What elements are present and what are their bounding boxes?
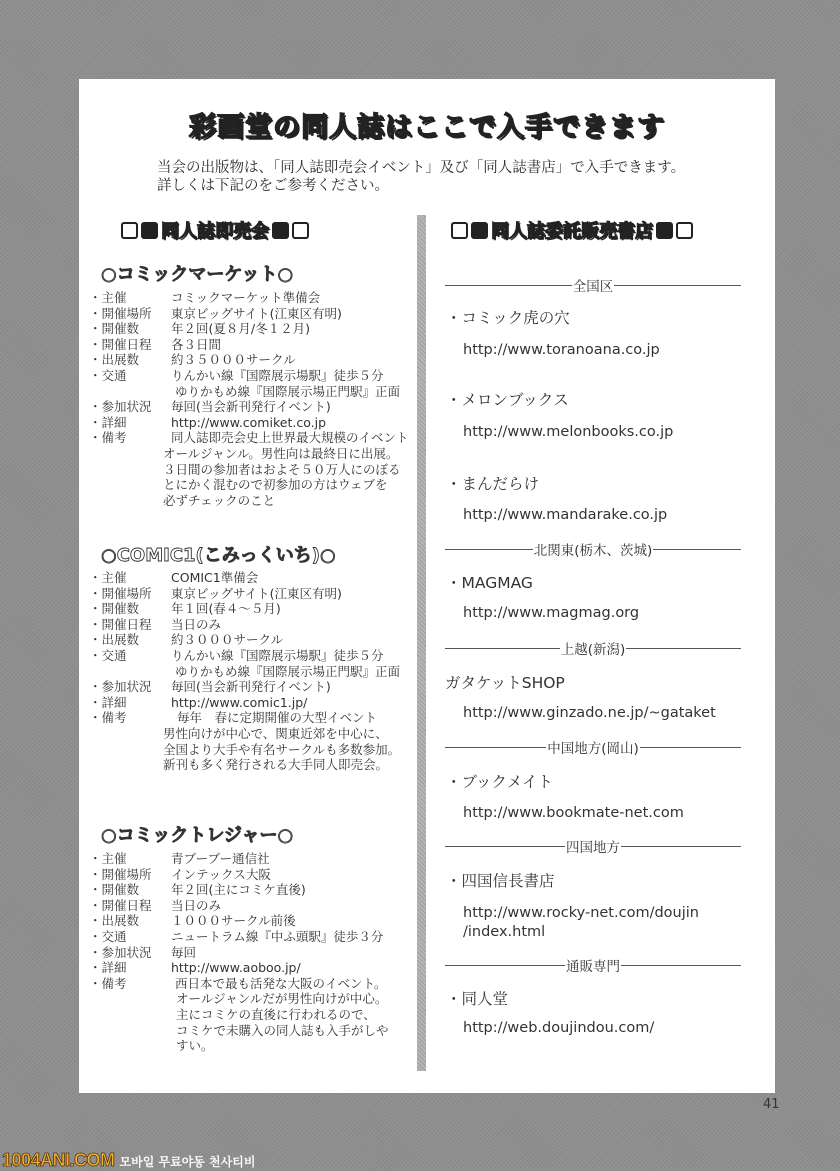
note-line: 新刊も多く発行される大手同人即売会。 — [89, 757, 400, 773]
event-title-comiket: ○コミックマーケット○ — [101, 260, 293, 286]
square-icon — [656, 222, 673, 239]
shop-url-line-1[interactable]: http://www.rocky-net.com/doujin — [463, 904, 699, 923]
detail-value: りんかい線『国際展示場駅』徒歩５分 — [171, 368, 384, 384]
column-divider — [417, 215, 426, 1071]
region-label: 北関東(栃木、茨城) — [533, 539, 654, 559]
detail-row: ・開催数年１回(春４～５月) — [89, 601, 400, 617]
detail-key: ・開催日程 — [89, 337, 171, 353]
detail-row: ・開催日程当日のみ — [89, 898, 389, 914]
watermark: 1004ANI.COM 모바일 무료야동 천사티비 — [2, 1150, 255, 1171]
detail-key: ・開催数 — [89, 321, 171, 337]
square-icon — [272, 222, 289, 239]
detail-row: ・詳細http://www.aoboo.jp/ — [89, 960, 389, 976]
detail-row: ・備考西日本で最も活発な大阪のイベント。 — [89, 976, 389, 992]
region-divider-kita-kanto: 北関東(栃木、茨城) — [445, 539, 741, 559]
shop-name: ・ブックメイト — [446, 770, 553, 792]
detail-key: ・参加状況 — [89, 399, 171, 415]
detail-key: ・開催日程 — [89, 617, 171, 633]
detail-row: ・交通ニュートラム線『中ふ頭駅』徒歩３分 — [89, 929, 389, 945]
note-line: とにかく混むので初参加の方はウェブを — [89, 477, 409, 493]
divider-line — [653, 549, 741, 550]
event-title-comic-treasure: ○コミックトレジャー○ — [101, 821, 293, 847]
detail-key: ・参加状況 — [89, 679, 171, 695]
note-line: 男性向けが中心で、関東近郊を中心に、 — [89, 726, 400, 742]
shop-url[interactable]: http://www.mandarake.co.jp — [463, 506, 667, 525]
detail-key: ・備考 — [89, 430, 171, 446]
detail-value: 各３日間 — [171, 337, 221, 353]
note-line: オールジャンルだが男性向けが中心。 — [89, 991, 389, 1007]
detail-row: ・参加状況毎回(当会新刊発行イベント) — [89, 399, 409, 415]
detail-row: ・参加状況毎回(当会新刊発行イベント) — [89, 679, 400, 695]
divider-line — [621, 965, 741, 966]
detail-row: ・開催場所インテックス大阪 — [89, 867, 389, 883]
detail-key: ・開催場所 — [89, 306, 171, 322]
detail-value: 約３５０００サークル — [171, 352, 296, 368]
detail-continuation: ゆりかもめ線『国際展示場正門駅』正面 — [89, 384, 409, 400]
detail-key: ・主催 — [89, 570, 171, 586]
detail-value: 同人誌即売会史上世界最大規模のイベント — [171, 430, 409, 446]
detail-key: ・詳細 — [89, 960, 171, 976]
detail-key: ・開催日程 — [89, 898, 171, 914]
detail-key: ・参加状況 — [89, 945, 171, 961]
detail-url[interactable]: http://www.comic1.jp/ — [171, 695, 307, 711]
intro-line-1: 当会の出版物は、「同人誌即売会イベント」及び「同人誌書店」で入手できます。 — [157, 159, 685, 177]
detail-value: 東京ビッグサイト(江東区有明) — [171, 586, 342, 602]
detail-key: ・開催場所 — [89, 867, 171, 883]
note-line: コミケで未購入の同人誌も入手がしや — [89, 1023, 389, 1039]
square-icon — [676, 222, 693, 239]
detail-value: 青ブーブー通信社 — [171, 851, 270, 867]
shop-url[interactable]: http://web.doujindou.com/ — [463, 1019, 654, 1038]
detail-value: 毎回 — [171, 945, 196, 961]
shop-name: ・メロンブックス — [446, 388, 569, 410]
watermark-text: 모바일 무료야동 천사티비 — [120, 1153, 256, 1170]
detail-key: ・備考 — [89, 976, 171, 992]
region-divider-mail-order: 通販専門 — [445, 955, 741, 975]
detail-key: ・開催数 — [89, 601, 171, 617]
detail-row: ・主催コミックマーケット準備会 — [89, 290, 409, 306]
detail-row: ・参加状況毎回 — [89, 945, 389, 961]
note-line: すい。 — [89, 1038, 389, 1054]
detail-value: 約３０００サークル — [171, 632, 283, 648]
left-heading-label: 同人誌即売会 — [161, 217, 269, 243]
detail-row: ・詳細http://www.comiket.co.jp — [89, 415, 409, 431]
detail-key: ・出展数 — [89, 352, 171, 368]
square-icon — [451, 222, 468, 239]
region-divider-chugoku: 中国地方(岡山) — [445, 737, 741, 757]
detail-row: ・備考毎年 春に定期開催の大型イベント — [89, 710, 400, 726]
detail-value: 東京ビッグサイト(江東区有明) — [171, 306, 342, 322]
detail-value: 当日のみ — [171, 898, 221, 914]
page-number: 41 — [763, 1097, 780, 1112]
detail-row: ・主催COMIC1準備会 — [89, 570, 400, 586]
detail-row: ・開催場所東京ビッグサイト(江東区有明) — [89, 306, 409, 322]
detail-row: ・出展数約３０００サークル — [89, 632, 400, 648]
shop-name: ・同人堂 — [446, 987, 508, 1009]
detail-url[interactable]: http://www.aoboo.jp/ — [171, 960, 301, 976]
detail-row: ・開催日程当日のみ — [89, 617, 400, 633]
detail-value: 当日のみ — [171, 617, 221, 633]
detail-row: ・交通りんかい線『国際展示場駅』徒歩５分 — [89, 368, 409, 384]
detail-key: ・開催場所 — [89, 586, 171, 602]
detail-key: ・主催 — [89, 851, 171, 867]
detail-value: インテックス大阪 — [171, 867, 271, 883]
detail-value: 年１回(春４～５月) — [171, 601, 281, 617]
shop-name: ・MAGMAG — [446, 571, 533, 593]
note-line: オールジャンル。男性向は最終日に出展。 — [89, 446, 409, 462]
left-section-heading: 同人誌即売会 — [121, 217, 309, 243]
detail-row: ・交通りんかい線『国際展示場駅』徒歩５分 — [89, 648, 400, 664]
detail-row: ・詳細http://www.comic1.jp/ — [89, 695, 400, 711]
detail-value: りんかい線『国際展示場駅』徒歩５分 — [171, 648, 384, 664]
shop-name: ・まんだらけ — [446, 472, 539, 494]
shop-url[interactable]: http://www.melonbooks.co.jp — [463, 423, 673, 442]
divider-line — [445, 747, 546, 748]
document-page: 彩画堂の同人誌はここで入手できます 当会の出版物は、「同人誌即売会イベント」及び… — [79, 79, 775, 1093]
detail-value: 毎回(当会新刊発行イベント) — [171, 679, 331, 695]
right-heading-label: 同人誌委託販売書店 — [491, 217, 653, 243]
detail-key: ・開催数 — [89, 882, 171, 898]
region-divider-shikoku: 四国地方 — [445, 836, 741, 856]
detail-url[interactable]: http://www.comiket.co.jp — [171, 415, 326, 431]
square-icon — [471, 222, 488, 239]
event-details-comiket: ・主催コミックマーケット準備会 ・開催場所東京ビッグサイト(江東区有明) ・開催… — [89, 290, 409, 508]
detail-value: 西日本で最も活発な大阪のイベント。 — [171, 976, 386, 992]
square-icon — [141, 222, 158, 239]
divider-line — [445, 965, 565, 966]
shop-url[interactable]: http://www.ginzado.ne.jp/~gataket — [463, 704, 716, 723]
detail-key: ・詳細 — [89, 695, 171, 711]
detail-value: 年２回(主にコミケ直後) — [171, 882, 306, 898]
note-line: 主にコミケの直後に行われるので、 — [89, 1007, 389, 1023]
detail-row: ・出展数１０００サークル前後 — [89, 913, 389, 929]
divider-line — [445, 285, 572, 286]
detail-row: ・主催青ブーブー通信社 — [89, 851, 389, 867]
detail-value: ニュートラム線『中ふ頭駅』徒歩３分 — [171, 929, 383, 945]
region-label: 通販専門 — [565, 955, 621, 975]
detail-row: ・開催数年２回(夏８月/冬１２月) — [89, 321, 409, 337]
region-label: 全国区 — [572, 275, 615, 295]
detail-value: １０００サークル前後 — [171, 913, 296, 929]
detail-value: 毎回(当会新刊発行イベント) — [171, 399, 331, 415]
detail-value: コミックマーケット準備会 — [171, 290, 320, 306]
detail-row: ・開催日程各３日間 — [89, 337, 409, 353]
region-divider-joetsu: 上越(新潟) — [445, 638, 741, 658]
detail-row: ・開催数年２回(主にコミケ直後) — [89, 882, 389, 898]
divider-line — [614, 285, 741, 286]
detail-continuation: ゆりかもめ線『国際展示場正門駅』正面 — [89, 664, 400, 680]
divider-line — [626, 648, 741, 649]
detail-value: COMIC1準備会 — [171, 570, 258, 586]
detail-key: ・出展数 — [89, 632, 171, 648]
detail-key: ・交通 — [89, 648, 171, 664]
shop-url[interactable]: http://www.toranoana.co.jp — [463, 341, 660, 360]
detail-key: ・詳細 — [89, 415, 171, 431]
divider-line — [445, 648, 560, 649]
event-title-comic1: ○COMIC1(こみっくいち)○ — [101, 541, 336, 567]
intro-text: 当会の出版物は、「同人誌即売会イベント」及び「同人誌書店」で入手できます。 詳し… — [157, 159, 685, 195]
event-details-comic-treasure: ・主催青ブーブー通信社 ・開催場所インテックス大阪 ・開催数年２回(主にコミケ直… — [89, 851, 389, 1054]
detail-row: ・開催場所東京ビッグサイト(江東区有明) — [89, 586, 400, 602]
divider-line — [445, 549, 533, 550]
region-label: 上越(新潟) — [560, 638, 627, 658]
shop-name: ・コミック虎の穴 — [446, 306, 570, 328]
square-icon — [121, 222, 138, 239]
page-title: 彩画堂の同人誌はここで入手できます — [79, 105, 775, 144]
note-line: ３日間の参加者はおよそ５０万人にのぼる — [89, 462, 409, 478]
shop-url[interactable]: http://www.bookmate-net.com — [463, 804, 684, 823]
shop-url[interactable]: http://www.rocky-net.com/doujin /index.h… — [463, 904, 699, 942]
divider-line — [621, 846, 741, 847]
detail-value: 毎年 春に定期開催の大型イベント — [171, 710, 377, 726]
shop-name: ガタケットSHOP — [445, 671, 565, 693]
event-details-comic1: ・主催COMIC1準備会 ・開催場所東京ビッグサイト(江東区有明) ・開催数年１… — [89, 570, 400, 773]
detail-key: ・主催 — [89, 290, 171, 306]
divider-line — [640, 747, 741, 748]
detail-key: ・交通 — [89, 368, 171, 384]
detail-value: 年２回(夏８月/冬１２月) — [171, 321, 310, 337]
shop-url[interactable]: http://www.magmag.org — [463, 604, 639, 623]
note-line: 全国より大手や有名サークルも多数参加。 — [89, 742, 400, 758]
detail-row: ・備考同人誌即売会史上世界最大規模のイベント — [89, 430, 409, 446]
region-divider-nationwide: 全国区 — [445, 275, 741, 295]
detail-key: ・出展数 — [89, 913, 171, 929]
region-label: 四国地方 — [565, 836, 621, 856]
shop-name: ・四国信長書店 — [446, 869, 555, 891]
shop-url-line-2[interactable]: /index.html — [463, 923, 699, 942]
note-line: 必ずチェックのこと — [89, 493, 409, 509]
detail-key: ・備考 — [89, 710, 171, 726]
intro-line-2: 詳しくは下記のをご参考ください。 — [157, 177, 685, 195]
detail-row: ・出展数約３５０００サークル — [89, 352, 409, 368]
region-label: 中国地方(岡山) — [546, 737, 640, 757]
square-icon — [292, 222, 309, 239]
right-section-heading: 同人誌委託販売書店 — [451, 217, 693, 243]
divider-line — [445, 846, 565, 847]
detail-key: ・交通 — [89, 929, 171, 945]
watermark-logo: 1004ANI.COM — [2, 1150, 115, 1171]
